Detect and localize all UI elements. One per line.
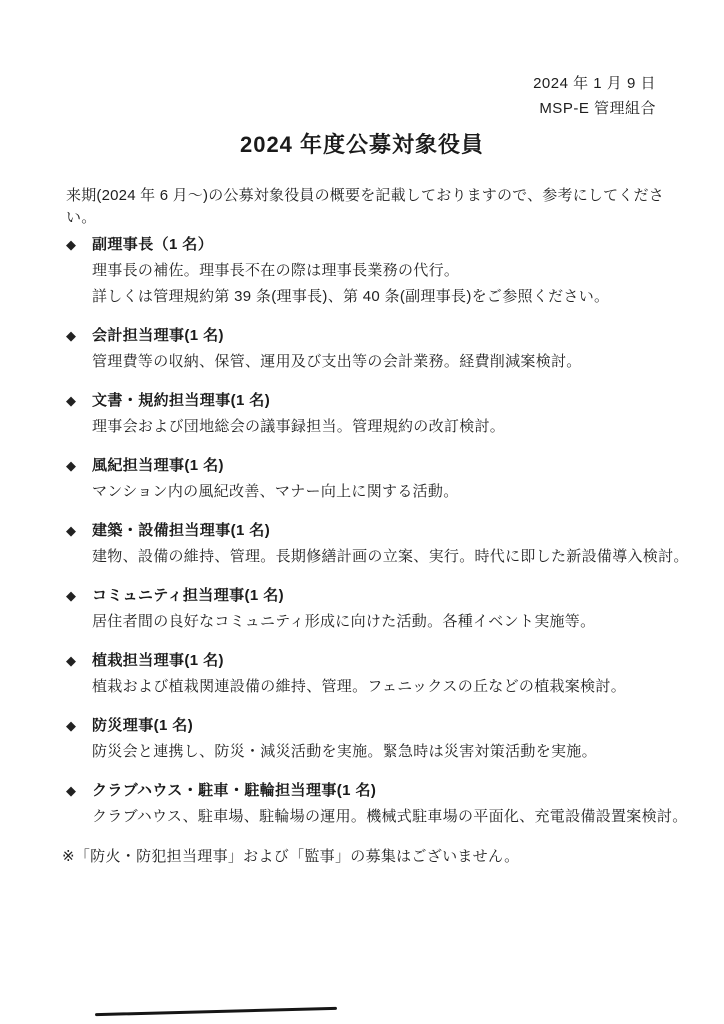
description-line: マンション内の風紀改善、マナー向上に関する活動。: [66, 479, 704, 505]
document-page: 2024 年 1 月 9 日 MSP-E 管理組合 2024 年度公募対象役員 …: [0, 0, 724, 1024]
position-heading: ◆防災理事(1 名): [66, 713, 704, 739]
position-title-text: 副理事長（1 名）: [92, 232, 213, 258]
position-title-text: 風紀担当理事(1 名): [92, 453, 224, 479]
position-item: ◆風紀担当理事(1 名)マンション内の風紀改善、マナー向上に関する活動。: [66, 453, 704, 505]
position-title-text: コミュニティ担当理事(1 名): [92, 583, 284, 609]
position-list: ◆副理事長（1 名）理事長の補佐。理事長不在の際は理事長業務の代行。詳しくは管理…: [66, 232, 704, 843]
position-item: ◆文書・規約担当理事(1 名)理事会および団地総会の議事録担当。管理規約の改訂検…: [66, 388, 704, 440]
doc-organization: MSP-E 管理組合: [533, 96, 656, 121]
description-line: 理事会および団地総会の議事録担当。管理規約の改訂検討。: [66, 414, 704, 440]
diamond-bullet-icon: ◆: [66, 453, 92, 479]
position-heading: ◆副理事長（1 名）: [66, 232, 704, 258]
position-title-text: 植栽担当理事(1 名): [92, 648, 224, 674]
position-description: 管理費等の収納、保管、運用及び支出等の会計業務。経費削減案検討。: [66, 349, 704, 375]
diamond-bullet-icon: ◆: [66, 583, 92, 609]
position-item: ◆会計担当理事(1 名)管理費等の収納、保管、運用及び支出等の会計業務。経費削減…: [66, 323, 704, 375]
position-heading: ◆風紀担当理事(1 名): [66, 453, 704, 479]
position-description: 理事長の補佐。理事長不在の際は理事長業務の代行。詳しくは管理規約第 39 条(理…: [66, 258, 704, 310]
diamond-bullet-icon: ◆: [66, 388, 92, 414]
description-line: 防災会と連携し、防災・減災活動を実施。緊急時は災害対策活動を実施。: [66, 739, 704, 765]
position-item: ◆コミュニティ担当理事(1 名)居住者間の良好なコミュニティ形成に向けた活動。各…: [66, 583, 704, 635]
intro-paragraph: 来期(2024 年 6 月～)の公募対象役員の概要を記載しておりますので、参考に…: [66, 185, 684, 229]
position-heading: ◆会計担当理事(1 名): [66, 323, 704, 349]
description-line: 詳しくは管理規約第 39 条(理事長)、第 40 条(副理事長)をご参照ください…: [66, 284, 704, 310]
position-title-text: クラブハウス・駐車・駐輪担当理事(1 名): [92, 778, 376, 804]
description-line: 管理費等の収納、保管、運用及び支出等の会計業務。経費削減案検討。: [66, 349, 704, 375]
diamond-bullet-icon: ◆: [66, 648, 92, 674]
description-line: 植栽および植栽関連設備の維持、管理。フェニックスの丘などの植栽案検討。: [66, 674, 704, 700]
position-heading: ◆コミュニティ担当理事(1 名): [66, 583, 704, 609]
position-title-text: 会計担当理事(1 名): [92, 323, 224, 349]
description-line: 理事長の補佐。理事長不在の際は理事長業務の代行。: [66, 258, 704, 284]
diamond-bullet-icon: ◆: [66, 232, 92, 258]
position-description: 防災会と連携し、防災・減災活動を実施。緊急時は災害対策活動を実施。: [66, 739, 704, 765]
position-item: ◆植栽担当理事(1 名)植栽および植栽関連設備の維持、管理。フェニックスの丘など…: [66, 648, 704, 700]
position-item: ◆クラブハウス・駐車・駐輪担当理事(1 名)クラブハウス、駐車場、駐輪場の運用。…: [66, 778, 704, 830]
position-heading: ◆植栽担当理事(1 名): [66, 648, 704, 674]
diamond-bullet-icon: ◆: [66, 323, 92, 349]
position-item: ◆副理事長（1 名）理事長の補佐。理事長不在の際は理事長業務の代行。詳しくは管理…: [66, 232, 704, 310]
doc-date: 2024 年 1 月 9 日: [533, 71, 656, 96]
position-title-text: 文書・規約担当理事(1 名): [92, 388, 270, 414]
position-heading: ◆文書・規約担当理事(1 名): [66, 388, 704, 414]
position-description: マンション内の風紀改善、マナー向上に関する活動。: [66, 479, 704, 505]
scan-artifact-streak: [95, 1007, 337, 1016]
position-title-text: 建築・設備担当理事(1 名): [92, 518, 270, 544]
position-description: 居住者間の良好なコミュニティ形成に向けた活動。各種イベント実施等。: [66, 609, 704, 635]
doc-header: 2024 年 1 月 9 日 MSP-E 管理組合: [533, 71, 656, 121]
position-item: ◆建築・設備担当理事(1 名)建物、設備の維持、管理。長期修繕計画の立案、実行。…: [66, 518, 704, 570]
description-line: クラブハウス、駐車場、駐輪場の運用。機械式駐車場の平面化、充電設備設置案検討。: [66, 804, 704, 830]
position-heading: ◆建築・設備担当理事(1 名): [66, 518, 704, 544]
page-title: 2024 年度公募対象役員: [0, 128, 724, 159]
position-heading: ◆クラブハウス・駐車・駐輪担当理事(1 名): [66, 778, 704, 804]
position-title-text: 防災理事(1 名): [92, 713, 193, 739]
position-description: 建物、設備の維持、管理。長期修繕計画の立案、実行。時代に即した新設備導入検討。: [66, 544, 704, 570]
diamond-bullet-icon: ◆: [66, 713, 92, 739]
diamond-bullet-icon: ◆: [66, 778, 92, 804]
footnote: ※「防火・防犯担当理事」および「監事」の募集はございません。: [62, 845, 694, 869]
position-description: クラブハウス、駐車場、駐輪場の運用。機械式駐車場の平面化、充電設備設置案検討。: [66, 804, 704, 830]
diamond-bullet-icon: ◆: [66, 518, 92, 544]
position-description: 理事会および団地総会の議事録担当。管理規約の改訂検討。: [66, 414, 704, 440]
position-item: ◆防災理事(1 名)防災会と連携し、防災・減災活動を実施。緊急時は災害対策活動を…: [66, 713, 704, 765]
position-description: 植栽および植栽関連設備の維持、管理。フェニックスの丘などの植栽案検討。: [66, 674, 704, 700]
description-line: 居住者間の良好なコミュニティ形成に向けた活動。各種イベント実施等。: [66, 609, 704, 635]
description-line: 建物、設備の維持、管理。長期修繕計画の立案、実行。時代に即した新設備導入検討。: [66, 544, 704, 570]
